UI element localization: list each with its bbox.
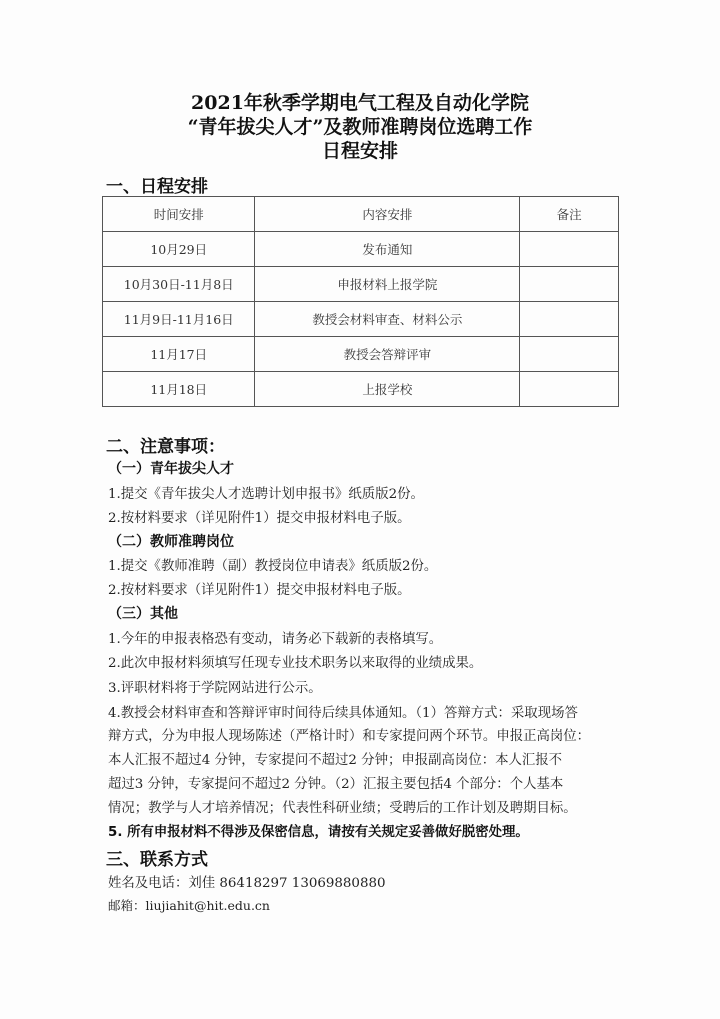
- note-item: 2.按材料要求（详见附件1）提交申报材料电子版。: [108, 579, 411, 598]
- table-row: 10月30日-11月8日 申报材料上报学院: [103, 267, 619, 302]
- subheading-tenure-track: （二）教师准聘岗位: [108, 531, 234, 551]
- table-header-row: 时间安排 内容安排 备注: [103, 197, 619, 232]
- contact-email[interactable]: 邮箱：liujiahit@hit.edu.cn: [108, 896, 270, 914]
- cell-remarks: [520, 267, 619, 302]
- title-line-1: 2021年秋季学期电气工程及自动化学院: [0, 88, 720, 115]
- cell-time: 10月29日: [103, 232, 255, 267]
- note-item-4-line-4: 超过3 分钟，专家提问不超过2 分钟。（2）汇报主要包括4 个部分：个人基本: [108, 773, 563, 792]
- contact-name-phone: 姓名及电话：刘佳 86418297 13069880880: [108, 872, 386, 891]
- header-content: 内容安排: [255, 197, 520, 232]
- note-item: 2.此次申报材料须填写任现专业技术职务以来取得的业绩成果。: [108, 652, 482, 671]
- subheading-other: （三）其他: [108, 603, 178, 623]
- note-item: 1.今年的申报表格恐有变动，请务必下载新的表格填写。: [108, 628, 442, 647]
- subheading-young-talent: （一）青年拔尖人才: [108, 458, 234, 478]
- note-item: 1.提交《青年拔尖人才选聘计划申报书》纸质版2份。: [108, 483, 424, 502]
- note-item-5: 5. 所有申报材料不得涉及保密信息，请按有关规定妥善做好脱密处理。: [108, 821, 529, 840]
- table-row: 11月9日-11月16日 教授会材料审查、材料公示: [103, 302, 619, 337]
- note-item: 2.按材料要求（详见附件1）提交申报材料电子版。: [108, 507, 411, 526]
- cell-time: 11月17日: [103, 337, 255, 372]
- section-heading-notes: 二、注意事项：: [106, 432, 225, 457]
- title-line-2: “青年拔尖人才”及教师准聘岗位选聘工作: [0, 112, 720, 139]
- title-line-3: 日程安排: [0, 136, 720, 163]
- document-page: 2021年秋季学期电气工程及自动化学院 “青年拔尖人才”及教师准聘岗位选聘工作 …: [0, 0, 720, 1019]
- note-item-4-line-5: 情况；教学与人才培养情况；代表性科研业绩；受聘后的工作计划及聘期目标。: [108, 797, 577, 816]
- header-time: 时间安排: [103, 197, 255, 232]
- table-row: 11月17日 教授会答辩评审: [103, 337, 619, 372]
- cell-remarks: [520, 337, 619, 372]
- cell-content: 教授会材料审查、材料公示: [255, 302, 520, 337]
- note-item: 1.提交《教师准聘（副）教授岗位申请表》纸质版2份。: [108, 555, 437, 574]
- header-remarks: 备注: [520, 197, 619, 232]
- section-heading-contact: 三、联系方式: [106, 845, 208, 870]
- cell-time: 10月30日-11月8日: [103, 267, 255, 302]
- note-item-4-line-3: 本人汇报不超过4 分钟，专家提问不超过2 分钟；申报副高岗位：本人汇报不: [108, 749, 562, 768]
- cell-content: 上报学校: [255, 372, 520, 407]
- note-item-4-line-2: 辩方式，分为申报人现场陈述（严格计时）和专家提问两个环节。申报正高岗位：: [108, 725, 590, 744]
- section-heading-schedule: 一、日程安排: [106, 172, 208, 197]
- cell-content: 教授会答辩评审: [255, 337, 520, 372]
- table-row: 11月18日 上报学校: [103, 372, 619, 407]
- cell-remarks: [520, 232, 619, 267]
- table-row: 10月29日 发布通知: [103, 232, 619, 267]
- cell-remarks: [520, 372, 619, 407]
- cell-content: 发布通知: [255, 232, 520, 267]
- note-item-4-line-1: 4.教授会材料审查和答辩评审时间待后续具体通知。（1）答辩方式：采取现场答: [108, 702, 578, 721]
- cell-remarks: [520, 302, 619, 337]
- cell-content: 申报材料上报学院: [255, 267, 520, 302]
- cell-time: 11月9日-11月16日: [103, 302, 255, 337]
- cell-time: 11月18日: [103, 372, 255, 407]
- schedule-table: 时间安排 内容安排 备注 10月29日 发布通知 10月30日-11月8日 申报…: [102, 196, 619, 407]
- note-item: 3.评职材料将于学院网站进行公示。: [108, 677, 322, 696]
